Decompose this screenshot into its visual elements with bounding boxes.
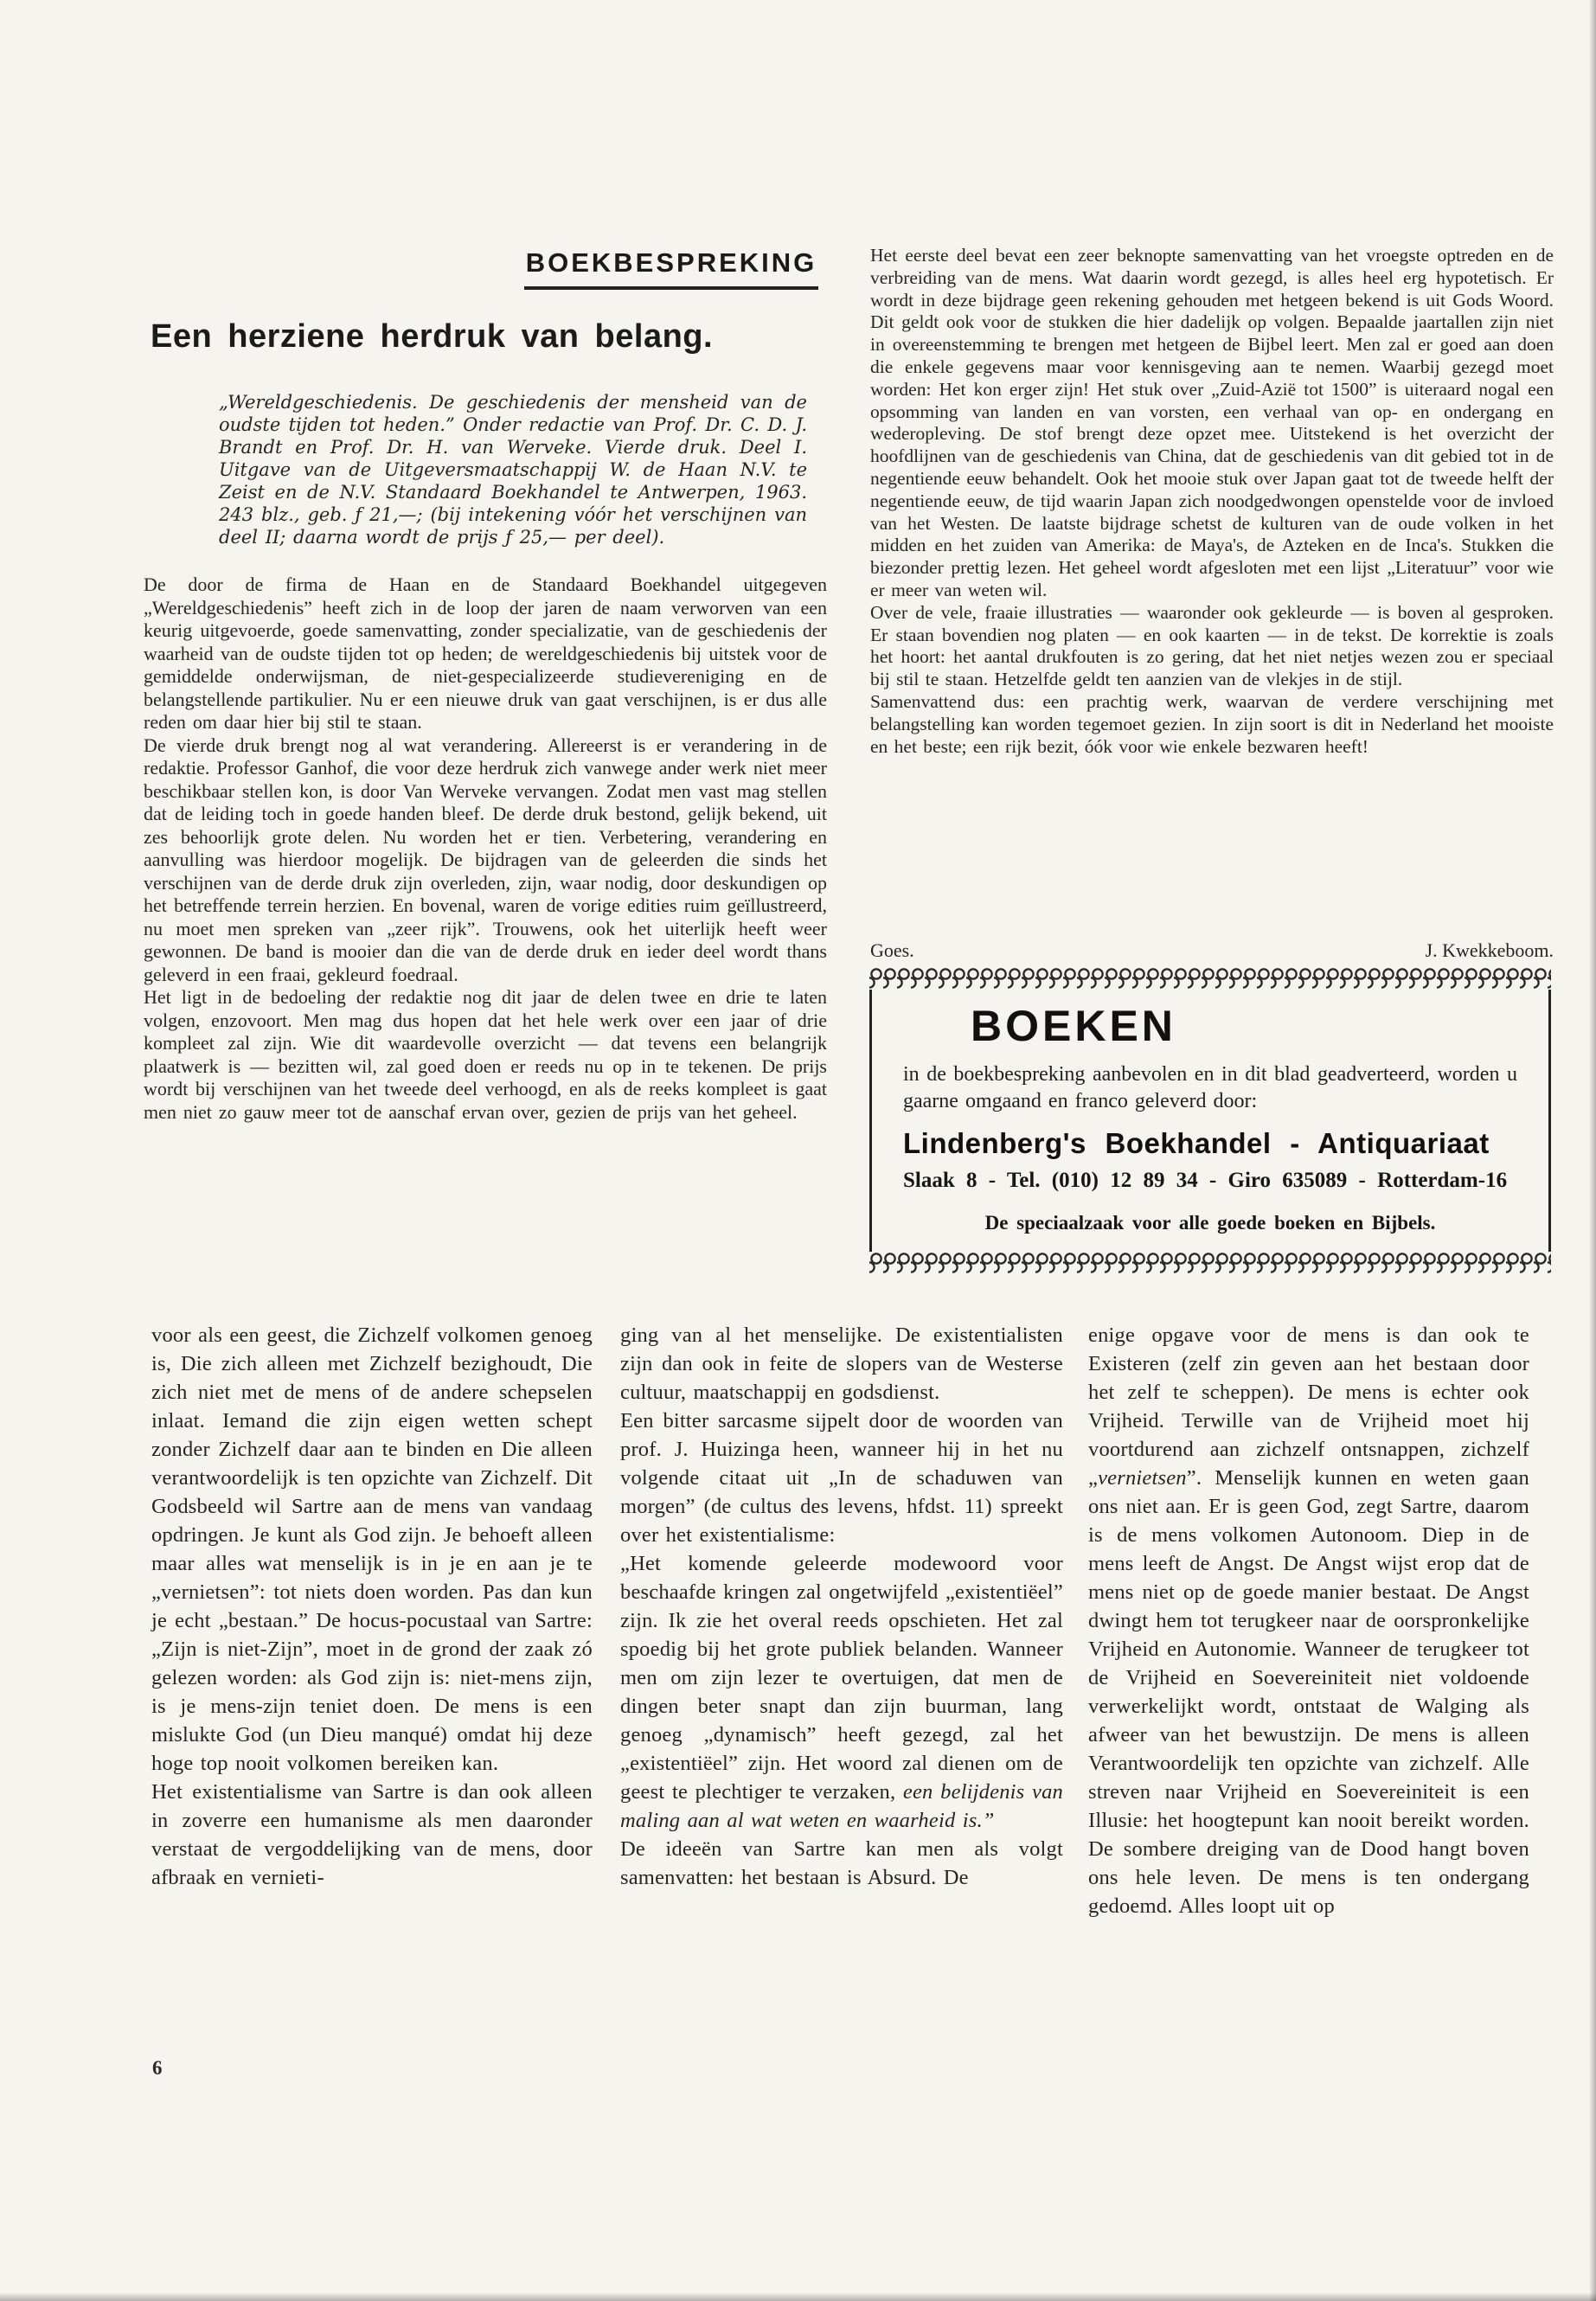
essay-column-2: ging van al het menselijke. De existenti…	[620, 1321, 1063, 1892]
page-number: 6	[152, 2057, 163, 2080]
scan-edge-right	[1589, 0, 1596, 2301]
advert-box: BOEKEN in de boekbespreking aanbevolen e…	[869, 967, 1551, 1274]
advert-rope-border-top	[869, 967, 1551, 990]
advert-content: BOEKEN in de boekbespreking aanbevolen e…	[869, 990, 1551, 1252]
magazine-page: BOEKBESPREKING Een herziene herdruk van …	[0, 0, 1596, 2301]
scan-edge-bottom	[0, 2292, 1596, 2301]
review-bibliographic-intro: „Wereldgeschiedenis. De geschiedenis der…	[219, 391, 807, 548]
signoff-place: Goes.	[870, 939, 914, 962]
advert-body-text: in de boekbespreking aanbevolen en in di…	[903, 1061, 1517, 1115]
section-heading: BOEKBESPREKING	[524, 247, 818, 290]
signoff-author: J. Kwekkeboom.	[1426, 939, 1554, 962]
article-title: Een herziene herdruk van belang.	[151, 318, 713, 356]
essay-column-3: enige opgave voor de mens is dan ook te …	[1088, 1321, 1529, 1920]
review-right-column: Het eerste deel bevat een zeer beknopte …	[870, 245, 1554, 758]
essay-column-1: voor als een geest, die Zichzelf volkome…	[151, 1321, 593, 1892]
review-left-column: De door de firma de Haan en de Standaard…	[144, 574, 827, 1124]
review-signoff: Goes. J. Kwekkeboom.	[870, 939, 1554, 962]
advert-address-line: Slaak 8 - Tel. (010) 12 89 34 - Giro 635…	[903, 1169, 1517, 1193]
advert-heading: BOEKEN	[971, 1003, 1517, 1049]
advert-store-name: Lindenberg's Boekhandel - Antiquariaat	[903, 1127, 1517, 1160]
advert-rope-border-bottom	[869, 1252, 1551, 1274]
advert-tagline: De speciaalzaak voor alle goede boeken e…	[903, 1212, 1517, 1234]
